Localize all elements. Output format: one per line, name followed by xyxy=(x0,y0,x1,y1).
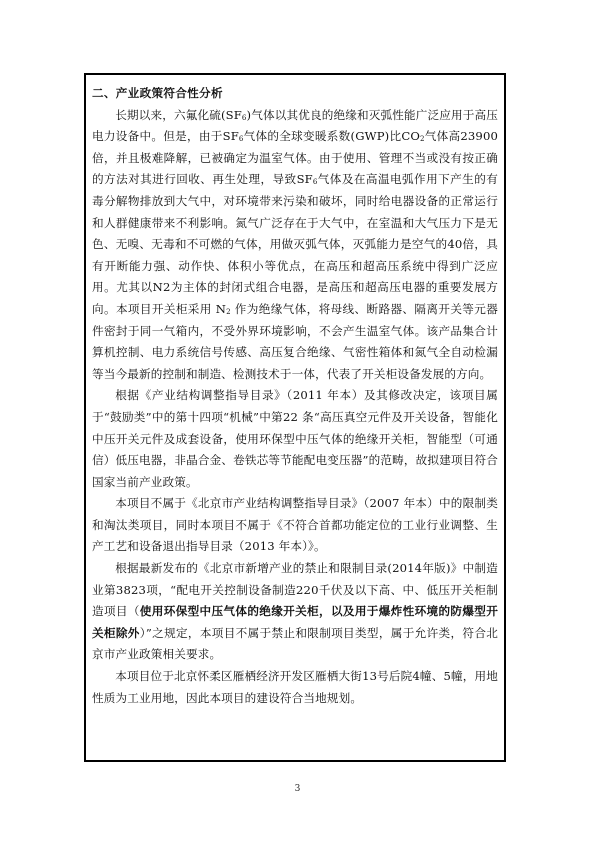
page-number: 3 xyxy=(0,784,595,794)
text-run: ）”之规定，本项目不属于禁止和限制项目类型，属于允许类，符合北京市产业政策相关要… xyxy=(92,626,498,662)
content-frame: 二、产业政策符合性分析 长期以来，六氟化硫(SF6)气体以其优良的绝缘和灭弧性能… xyxy=(84,73,506,762)
text-run: 根据《产业结构调整指导目录》（2011 年本）及其修改决定，该项目属于“鼓励类”… xyxy=(92,388,498,488)
section-heading: 二、产业政策符合性分析 xyxy=(92,83,498,105)
paragraph-4: 根据最新发布的《北京市新增产业的禁止和限制目录(2014年版)》中制造业第382… xyxy=(92,558,498,666)
text-run: 本项目不属于《北京市产业结构调整指导目录》（2007 年本）中的限制类和淘汰类项… xyxy=(92,496,498,553)
section-body: 二、产业政策符合性分析 长期以来，六氟化硫(SF6)气体以其优良的绝缘和灭弧性能… xyxy=(92,83,498,709)
paragraph-1: 长期以来，六氟化硫(SF6)气体以其优良的绝缘和灭弧性能广泛应用于高压电力设备中… xyxy=(92,105,498,386)
text-run: 长期以来，六氟化硫(SF xyxy=(115,108,242,122)
paragraph-list: 长期以来，六氟化硫(SF6)气体以其优良的绝缘和灭弧性能广泛应用于高压电力设备中… xyxy=(92,105,498,710)
text-run: 本项目位于北京怀柔区雁栖经济开发区雁栖大街13号后院4幢、5幢，用地性质为工业用… xyxy=(92,669,498,705)
text-run: 气体及在高温电弧作用下产生的有毒分解物排放到大气中，对环境带来污染和破坏，同时给… xyxy=(92,172,498,316)
paragraph-5: 本项目位于北京怀柔区雁栖经济开发区雁栖大街13号后院4幢、5幢，用地性质为工业用… xyxy=(92,666,498,709)
paragraph-2: 根据《产业结构调整指导目录》（2011 年本）及其修改决定，该项目属于“鼓励类”… xyxy=(92,385,498,493)
paragraph-3: 本项目不属于《北京市产业结构调整指导目录》（2007 年本）中的限制类和淘汰类项… xyxy=(92,493,498,558)
text-run: 气体的全球变暖系数(GWP)比CO xyxy=(244,129,420,143)
